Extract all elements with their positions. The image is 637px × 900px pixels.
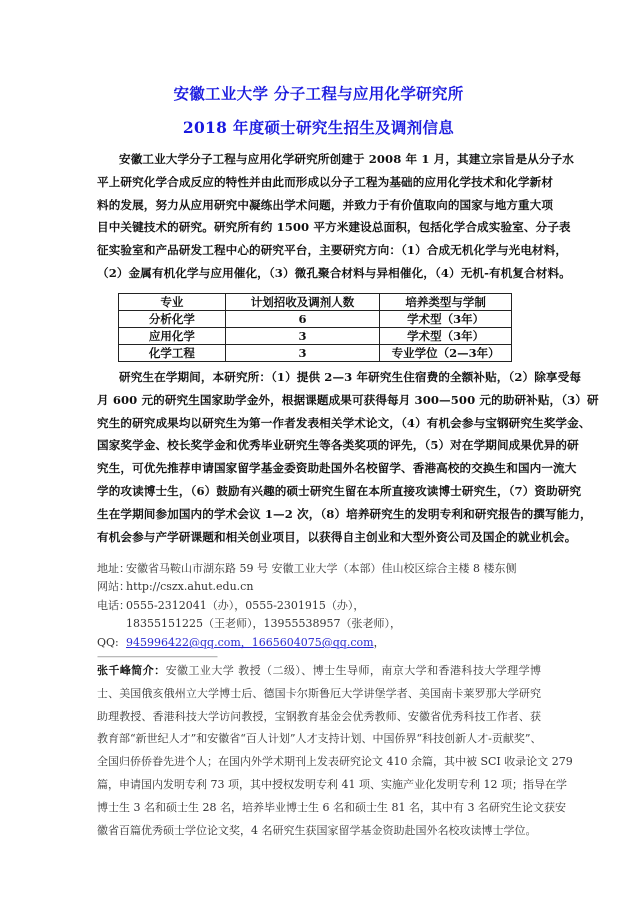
- phone-row: 电话：0555-2312041（办），0555-2301915（办），: [97, 597, 364, 615]
- text-line: 博士生 3 名和硕士生 28 名，培养毕业博士生 6 名和硕士生 81 名，其中…: [97, 797, 541, 820]
- table-cell-type: 学术型（3年）: [380, 311, 512, 328]
- table-row: 分析化学 6 学术型（3年）: [119, 311, 512, 328]
- website-link[interactable]: http://cszx.ahut.edu.cn: [126, 580, 253, 593]
- phone-label: 电话：: [97, 597, 126, 615]
- table-row: 化学工程 3 专业学位（2—3年）: [119, 345, 512, 362]
- bio-text: 安徽工业大学 教授（二级）、博士生导师，南京大学和香港科技大学理学博: [166, 664, 541, 677]
- document-subtitle: 2018 年度硕士研究生招生及调剂信息: [0, 116, 637, 138]
- table-cell-type: 学术型（3年）: [380, 328, 512, 345]
- text-line: （2）金属有机化学与应用催化，（3）微孔聚合材料与异相催化，（4）无机-有机复合…: [97, 262, 541, 285]
- table-header-cell: 专业: [119, 294, 226, 311]
- address-label: 地址：: [97, 560, 126, 578]
- phone-mobile: 18355151225（王老师），13955538957（张老师），: [126, 617, 401, 630]
- table-cell-major: 分析化学: [119, 311, 226, 328]
- text-line: 究生的研究成果均以研究生为第一作者发表相关学术论文，（4）有机会参与宝钢研究生奖…: [97, 412, 541, 435]
- table-cell-major: 化学工程: [119, 345, 226, 362]
- text-line: 国家奖学金、校长奖学金和优秀毕业研究生等各类奖项的评先，（5）对在学期间成果优异…: [97, 434, 541, 457]
- phone-office: 0555-2312041（办），0555-2301915（办），: [126, 599, 364, 612]
- table-cell-major: 应用化学: [119, 328, 226, 345]
- text-line: 徽省百篇优秀硕士学位论文奖，4 名研究生获国家留学基金资助赴国外名校攻读博士学位…: [97, 820, 541, 843]
- text-line: 研究生在学期间，本研究所：（1）提供 2—3 年研究生住宿费的全额补贴，（2）除…: [97, 366, 541, 389]
- table-header-row: 专业 计划招收及调剂人数 培养类型与学制: [119, 294, 512, 311]
- text-line: 有机会参与产学研课题和相关创业项目，以获得自主创业和大型外资公司及国企的就业机会…: [97, 526, 541, 549]
- text-line: 平上研究化学合成反应的特性并由此而形成以分子工程为基础的应用化学技术和化学新材: [97, 171, 541, 194]
- table-cell-count: 3: [225, 345, 380, 362]
- document-page: 安徽工业大学 分子工程与应用化学研究所 2018 年度硕士研究生招生及调剂信息 …: [0, 0, 637, 900]
- text-line: 征实验室和产品研发工程中心的研究平台，主要研究方向：（1）合成无机化学与光电材料…: [97, 239, 541, 262]
- address-row: 地址：安徽省马鞍山市湖东路 59 号 安徽工业大学（本部）佳山校区综合主楼 8 …: [97, 560, 516, 578]
- website-row: 网站：http://cszx.ahut.edu.cn: [97, 578, 253, 596]
- text-line: 篇，申请国内发明专利 73 项，其中授权发明专利 41 项、实施产业化发明专利 …: [97, 774, 541, 797]
- text-line: 士、美国俄亥俄州立大学博士后、德国卡尔斯鲁厄大学讲堡学者、美国南卡莱罗那大学研究: [97, 683, 541, 706]
- text-line: 助理教授、香港科技大学访问教授，宝钢教育基金会优秀教师、安徽省优秀科技工作者、获: [97, 706, 541, 729]
- table-header-cell: 培养类型与学制: [380, 294, 512, 311]
- document-title: 安徽工业大学 分子工程与应用化学研究所: [0, 82, 637, 104]
- bio-section: 张千峰简介：安徽工业大学 教授（二级）、博士生导师，南京大学和香港科技大学理学博…: [97, 660, 541, 842]
- benefits-paragraph: 研究生在学期间，本研究所：（1）提供 2—3 年研究生住宿费的全额补贴，（2）除…: [97, 366, 541, 548]
- table-cell-count: 6: [225, 311, 380, 328]
- text-line: 料的发展，努力从应用研究中凝练出学术问题，并致力于有价值取向的国家与地方重大项: [97, 194, 541, 217]
- table-row: 应用化学 3 学术型（3年）: [119, 328, 512, 345]
- text-line: 安徽工业大学分子工程与应用化学研究所创建于 2008 年 1 月，其建立宗旨是从…: [97, 148, 541, 171]
- table-cell-type: 专业学位（2—3年）: [380, 345, 512, 362]
- text-line: 教育部“新世纪人才”和安徽省“百人计划”人才支持计划、中国侨界“科技创新人才-贡…: [97, 728, 541, 751]
- phone-row-mobile: 18355151225（王老师），13955538957（张老师），: [126, 615, 401, 633]
- text-line: 学的攻读博士生，（6）鼓励有兴趣的硕士研究生留在本所直接攻读博士研究生，（7）资…: [97, 480, 541, 503]
- text-line: 目中关键技术的研究。研究所有约 1500 平方米建设总面积，包括化学合成实验室、…: [97, 216, 541, 239]
- text-line: 究生，可优先推荐申请国家留学基金委资助赴国外名校留学、香港高校的交换生和国内一流…: [97, 457, 541, 480]
- table-cell-count: 3: [225, 328, 380, 345]
- bio-name-label: 张千峰简介：: [97, 664, 166, 677]
- table-header-cell: 计划招收及调剂人数: [225, 294, 380, 311]
- qq-suffix: ，: [374, 636, 385, 649]
- intro-paragraph: 安徽工业大学分子工程与应用化学研究所创建于 2008 年 1 月，其建立宗旨是从…: [97, 148, 541, 285]
- text-line: 全国归侨侨眷先进个人；在国内外学术期刊上发表研究论文 410 余篇，其中被 SC…: [97, 751, 541, 774]
- website-label: 网站：: [97, 578, 126, 596]
- text-line: 月 600 元的研究生国家助学金外，根据课题成果可获得每月 300—500 元的…: [97, 389, 541, 412]
- qq-email-link[interactable]: 945996422@qq.com，1665604075@qq.com: [126, 636, 374, 649]
- text-line: 张千峰简介：安徽工业大学 教授（二级）、博士生导师，南京大学和香港科技大学理学博: [97, 660, 541, 683]
- text-line: 生在学期间参加国内的学术会议 1—2 次，（8）培养研究生的发明专利和研究报告的…: [97, 503, 541, 526]
- address-value: 安徽省马鞍山市湖东路 59 号 安徽工业大学（本部）佳山校区综合主楼 8 楼东侧: [126, 562, 516, 575]
- enrollment-table: 专业 计划招收及调剂人数 培养类型与学制 分析化学 6 学术型（3年） 应用化学…: [118, 293, 512, 362]
